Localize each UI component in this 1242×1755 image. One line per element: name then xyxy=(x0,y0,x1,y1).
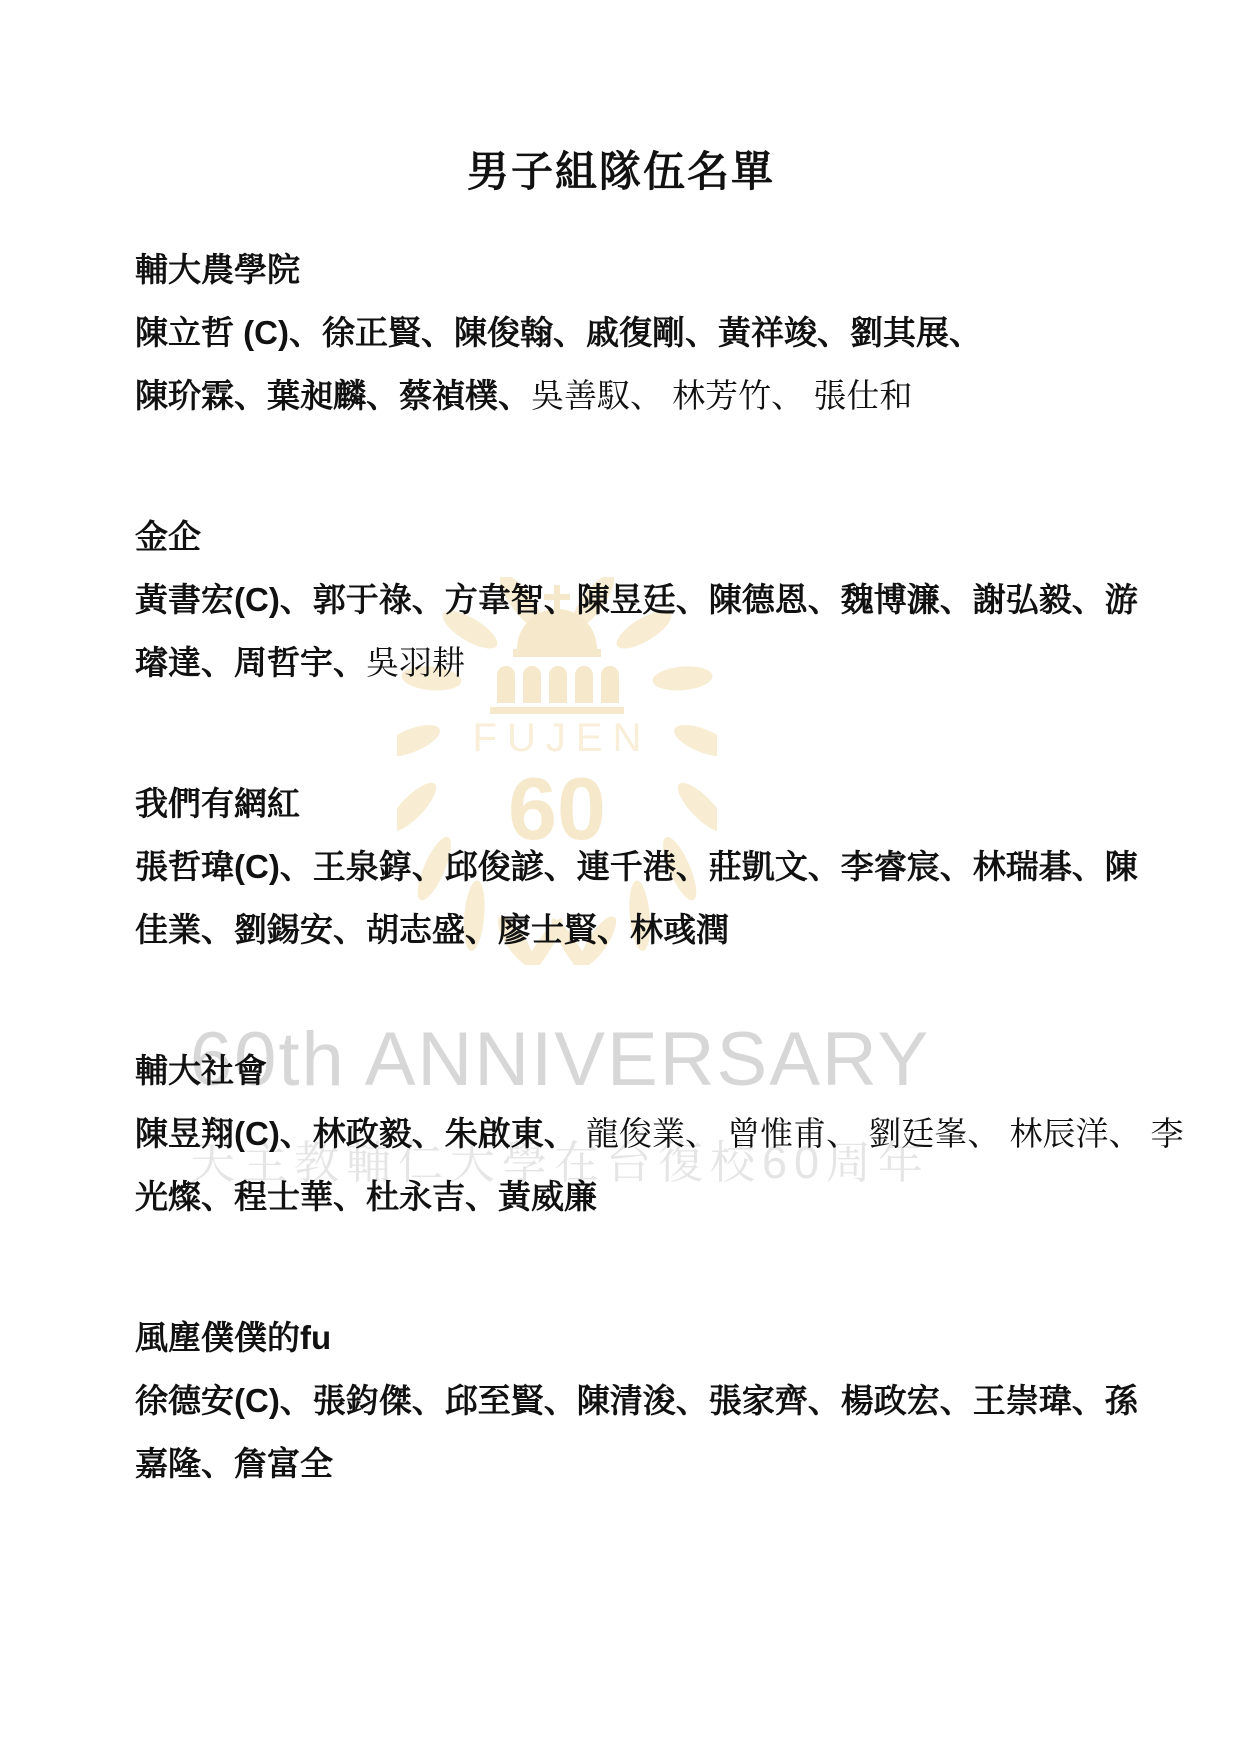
roster-segment: 張哲瑋(C)、王泉錞、邱俊諺、連千港、莊凱文、李睿宸、林瑞碁、陳 xyxy=(135,848,1138,885)
roster-line: 佳業、劉錫安、胡志盛、廖士賢、林彧潤 xyxy=(135,898,1122,961)
roster-line: 徐德安(C)、張鈞傑、邱至賢、陳清浚、張家齊、楊政宏、王崇瑋、孫 xyxy=(135,1369,1122,1432)
roster-line: 陳玠霖、葉昶麟、蔡禎樸、吳善馭、 林芳竹、 張仕和 xyxy=(135,364,1122,427)
roster-line: 嘉隆、詹富全 xyxy=(135,1432,1122,1495)
page-title: 男子組隊伍名單 xyxy=(120,142,1122,202)
roster-segment: 吳羽耕 xyxy=(366,644,465,681)
roster-line: 光燦、程士華、杜永吉、黃威廉 xyxy=(135,1165,1122,1228)
team-name: 風塵僕僕的fu xyxy=(135,1306,1122,1369)
team-section-5: 風塵僕僕的fu 徐德安(C)、張鈞傑、邱至賢、陳清浚、張家齊、楊政宏、王崇瑋、孫… xyxy=(135,1306,1122,1495)
document-content: 男子組隊伍名單 輔大農學院 陳立哲 (C)、徐正賢、陳俊翰、戚復剛、黃祥竣、劉其… xyxy=(0,0,1242,1495)
roster-line: 陳立哲 (C)、徐正賢、陳俊翰、戚復剛、黃祥竣、劉其展、 xyxy=(135,301,1122,364)
roster-segment: 嘉隆、詹富全 xyxy=(135,1445,333,1482)
roster-segment: 陳昱翔(C)、林政毅、朱啟東、 xyxy=(135,1115,577,1152)
roster-segment: 光燦、程士華、杜永吉、黃威廉 xyxy=(135,1178,597,1215)
roster-segment: 璿達、周哲宇、 xyxy=(135,644,366,681)
roster-segment: 黃書宏(C)、郭于祿、方韋智、陳昱廷、陳德恩、魏博濂、謝弘毅、游 xyxy=(135,581,1138,618)
team-name: 輔大社會 xyxy=(135,1039,1122,1102)
team-section-2: 金企 黃書宏(C)、郭于祿、方韋智、陳昱廷、陳德恩、魏博濂、謝弘毅、游 璿達、周… xyxy=(135,505,1122,694)
roster-segment: 吳善馭、 林芳竹、 張仕和 xyxy=(531,377,912,414)
roster-segment: 陳立哲 (C)、徐正賢、陳俊翰、戚復剛、黃祥竣、劉其展、 xyxy=(135,314,982,351)
team-name: 金企 xyxy=(135,505,1122,568)
team-section-3: 我們有網紅 張哲瑋(C)、王泉錞、邱俊諺、連千港、莊凱文、李睿宸、林瑞碁、陳 佳… xyxy=(135,772,1122,961)
roster-line: 張哲瑋(C)、王泉錞、邱俊諺、連千港、莊凱文、李睿宸、林瑞碁、陳 xyxy=(135,835,1122,898)
document-page: FUJEN 60 60th ANNIVERSARY 天主教輔仁大學在台復校60周… xyxy=(0,0,1242,1755)
roster-segment: 佳業、劉錫安、胡志盛、廖士賢、林彧潤 xyxy=(135,911,729,948)
roster-segment: 陳玠霖、葉昶麟、蔡禎樸、 xyxy=(135,377,531,414)
team-name: 輔大農學院 xyxy=(135,238,1122,301)
team-name: 我們有網紅 xyxy=(135,772,1122,835)
roster-segment: 徐德安(C)、張鈞傑、邱至賢、陳清浚、張家齊、楊政宏、王崇瑋、孫 xyxy=(135,1382,1138,1419)
team-section-4: 輔大社會 陳昱翔(C)、林政毅、朱啟東、 龍俊業、 曾惟甫、 劉廷峯、 林辰洋、… xyxy=(135,1039,1122,1228)
roster-line: 陳昱翔(C)、林政毅、朱啟東、 龍俊業、 曾惟甫、 劉廷峯、 林辰洋、 李 xyxy=(135,1102,1122,1165)
roster-line: 黃書宏(C)、郭于祿、方韋智、陳昱廷、陳德恩、魏博濂、謝弘毅、游 xyxy=(135,568,1122,631)
roster-line: 璿達、周哲宇、吳羽耕 xyxy=(135,631,1122,694)
roster-segment: 龍俊業、 曾惟甫、 劉廷峯、 林辰洋、 李 xyxy=(577,1115,1184,1152)
team-section-1: 輔大農學院 陳立哲 (C)、徐正賢、陳俊翰、戚復剛、黃祥竣、劉其展、 陳玠霖、葉… xyxy=(135,238,1122,427)
